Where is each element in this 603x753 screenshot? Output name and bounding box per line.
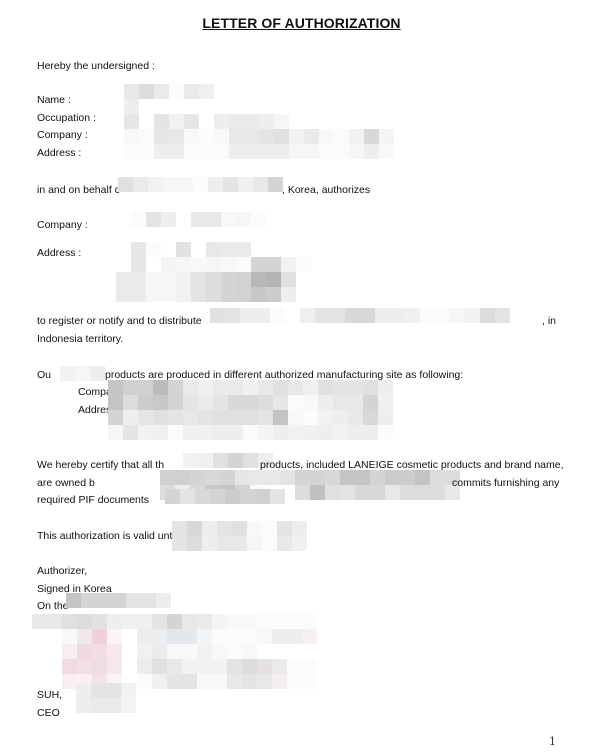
redaction-block — [229, 144, 244, 159]
redaction-block — [385, 470, 400, 485]
redaction-block — [213, 425, 228, 440]
redaction-block — [146, 212, 161, 227]
redaction-block — [47, 674, 62, 689]
redaction-block — [221, 272, 236, 287]
redaction-block — [348, 410, 363, 425]
redaction-block — [302, 614, 317, 629]
redaction-block — [167, 629, 182, 644]
redaction-block — [139, 129, 154, 144]
redaction-block — [229, 129, 244, 144]
redaction-block — [214, 129, 229, 144]
redaction-block — [355, 470, 370, 485]
redaction-block — [138, 410, 153, 425]
redaction-block — [108, 395, 123, 410]
redaction-block — [47, 629, 62, 644]
redaction-block — [193, 177, 208, 192]
redaction-block — [169, 99, 184, 114]
redaction-block — [274, 99, 289, 114]
redaction-block — [280, 470, 295, 485]
redaction-block — [47, 614, 62, 629]
redaction-block — [375, 308, 390, 323]
redaction-block — [66, 593, 81, 608]
redaction-block — [319, 144, 334, 159]
redaction-block — [184, 99, 199, 114]
redaction-block — [138, 395, 153, 410]
redaction-block — [176, 212, 191, 227]
redaction-block — [242, 644, 257, 659]
redaction-block — [137, 629, 152, 644]
redaction-block — [92, 629, 107, 644]
redaction-block — [274, 84, 289, 99]
redaction-block — [430, 470, 445, 485]
redaction-block — [258, 395, 273, 410]
redaction-block — [197, 629, 212, 644]
redaction-block — [310, 470, 325, 485]
redaction-block — [270, 308, 285, 323]
redaction-block — [303, 395, 318, 410]
redaction-block — [243, 410, 258, 425]
redaction-block — [182, 629, 197, 644]
redaction-block — [131, 287, 146, 302]
redaction-block — [146, 257, 161, 272]
redaction-block — [243, 395, 258, 410]
redaction-block — [251, 257, 266, 272]
redaction-block — [221, 257, 236, 272]
redaction-block — [108, 380, 123, 395]
redaction-block — [251, 287, 266, 302]
redaction-block — [182, 674, 197, 689]
redaction-block — [287, 659, 302, 674]
redaction-block — [47, 659, 62, 674]
redaction-block — [310, 485, 325, 500]
redacted-products — [210, 308, 510, 323]
redaction-block — [227, 674, 242, 689]
redaction-block — [272, 659, 287, 674]
redaction-block — [364, 99, 379, 114]
redaction-block — [349, 84, 364, 99]
redaction-block — [122, 659, 137, 674]
redaction-block — [296, 242, 311, 257]
redaction-block — [141, 593, 156, 608]
authorizer-label: Authorizer, — [37, 565, 87, 578]
redaction-block — [182, 614, 197, 629]
redaction-block — [228, 380, 243, 395]
redaction-block — [318, 380, 333, 395]
redaction-block — [137, 614, 152, 629]
redaction-block — [161, 227, 176, 242]
redaction-block — [168, 380, 183, 395]
redaction-block — [131, 227, 146, 242]
redaction-block — [255, 489, 270, 504]
redaction-block — [198, 380, 213, 395]
redaction-block — [272, 674, 287, 689]
redaction-block — [289, 129, 304, 144]
redaction-block — [223, 177, 238, 192]
redaction-block — [198, 453, 213, 468]
redaction-block — [304, 84, 319, 99]
redaction-block — [77, 644, 92, 659]
redaction-block — [363, 380, 378, 395]
redaction-block — [154, 99, 169, 114]
redaction-block — [214, 99, 229, 114]
certify-line3-prefix: required PIF documents — [37, 494, 149, 507]
redaction-block — [214, 114, 229, 129]
redaction-block — [198, 410, 213, 425]
redaction-block — [296, 227, 311, 242]
redaction-block — [81, 593, 96, 608]
redaction-block — [266, 257, 281, 272]
redaction-block — [289, 84, 304, 99]
redaction-block — [495, 308, 510, 323]
redaction-block — [62, 644, 77, 659]
redaction-block — [154, 144, 169, 159]
redaction-block — [123, 425, 138, 440]
redaction-block — [295, 485, 310, 500]
redaction-block — [168, 425, 183, 440]
redaction-block — [363, 425, 378, 440]
redaction-block — [277, 521, 292, 536]
redaction-block — [228, 425, 243, 440]
redaction-block — [303, 425, 318, 440]
redaction-block — [124, 114, 139, 129]
redaction-block — [349, 99, 364, 114]
redaction-block — [225, 489, 240, 504]
redaction-block — [287, 629, 302, 644]
redaction-block — [370, 485, 385, 500]
redaction-block — [116, 287, 131, 302]
redaction-block — [169, 144, 184, 159]
redaction-block — [319, 114, 334, 129]
redaction-block — [257, 659, 272, 674]
redaction-block — [325, 485, 340, 500]
redaction-block — [154, 84, 169, 99]
redaction-block — [184, 84, 199, 99]
redaction-block — [152, 674, 167, 689]
redaction-block — [319, 84, 334, 99]
redaction-block — [156, 593, 171, 608]
redaction-block — [206, 227, 221, 242]
redaction-block — [244, 99, 259, 114]
redaction-block — [184, 129, 199, 144]
redaction-block — [122, 644, 137, 659]
redaction-block — [202, 521, 217, 536]
redaction-block — [197, 644, 212, 659]
redaction-block — [176, 272, 191, 287]
redaction-block — [302, 674, 317, 689]
redaction-block — [405, 308, 420, 323]
redaction-block — [287, 614, 302, 629]
redaction-block — [76, 698, 91, 713]
redaction-block — [303, 380, 318, 395]
redaction-block — [370, 470, 385, 485]
redaction-block — [242, 629, 257, 644]
redaction-block — [138, 380, 153, 395]
redaction-block — [334, 99, 349, 114]
redaction-block — [169, 129, 184, 144]
intro-text: Hereby the undersigned : — [37, 60, 155, 73]
redaction-block — [220, 470, 235, 485]
redaction-block — [191, 242, 206, 257]
redaction-block — [345, 308, 360, 323]
redaction-block — [236, 272, 251, 287]
redaction-block — [229, 84, 244, 99]
redacted-signer-name — [76, 683, 136, 713]
redaction-block — [77, 629, 92, 644]
label-address: Address : — [37, 147, 81, 160]
redaction-block — [32, 614, 47, 629]
redaction-block — [240, 489, 255, 504]
redaction-block — [123, 380, 138, 395]
redaction-block — [232, 536, 247, 551]
redaction-block — [318, 425, 333, 440]
behalf-suffix: , Korea, authorizes — [282, 184, 370, 197]
redacted-certify-line3 — [165, 489, 285, 504]
redaction-block — [107, 629, 122, 644]
redaction-block — [205, 470, 220, 485]
redaction-block — [139, 99, 154, 114]
redaction-block — [273, 395, 288, 410]
redaction-block — [258, 410, 273, 425]
redaction-block — [227, 644, 242, 659]
redaction-block — [325, 470, 340, 485]
redaction-block — [340, 470, 355, 485]
redacted-brand — [60, 366, 105, 381]
redaction-block — [91, 698, 106, 713]
redaction-block — [121, 698, 136, 713]
redaction-block — [378, 380, 393, 395]
redaction-block — [213, 453, 228, 468]
redaction-block — [242, 674, 257, 689]
signer-name-prefix: SUH, — [37, 689, 62, 702]
redaction-block — [191, 212, 206, 227]
redaction-block — [118, 177, 133, 192]
redaction-block — [168, 410, 183, 425]
certify-line2-prefix: are owned b — [37, 477, 95, 490]
redaction-block — [161, 272, 176, 287]
redaction-block — [318, 395, 333, 410]
redaction-block — [274, 114, 289, 129]
redaction-block — [288, 380, 303, 395]
certify-line1-prefix: We hereby certify that all th — [37, 459, 164, 472]
redacted-authorized-party — [116, 212, 326, 302]
redaction-block — [465, 308, 480, 323]
redaction-block — [107, 614, 122, 629]
redaction-block — [32, 629, 47, 644]
redaction-block — [348, 395, 363, 410]
redaction-block — [292, 536, 307, 551]
redaction-block — [206, 272, 221, 287]
redaction-block — [75, 366, 90, 381]
redaction-block — [148, 177, 163, 192]
redaction-block — [123, 410, 138, 425]
redaction-block — [131, 212, 146, 227]
redaction-block — [295, 470, 310, 485]
redaction-block — [228, 410, 243, 425]
redaction-block — [116, 212, 131, 227]
redaction-block — [133, 177, 148, 192]
redaction-block — [250, 470, 265, 485]
redaction-block — [430, 485, 445, 500]
redaction-block — [334, 84, 349, 99]
redaction-block — [415, 485, 430, 500]
signer-title: CEO — [37, 707, 60, 720]
redaction-block — [123, 395, 138, 410]
redaction-block — [303, 410, 318, 425]
redaction-block — [228, 453, 243, 468]
redaction-block — [199, 114, 214, 129]
redaction-block — [281, 212, 296, 227]
redaction-block — [182, 659, 197, 674]
redaction-block — [184, 144, 199, 159]
redaction-block — [334, 144, 349, 159]
redaction-block — [274, 144, 289, 159]
redaction-block — [184, 114, 199, 129]
redaction-block — [236, 257, 251, 272]
redaction-block — [292, 521, 307, 536]
redaction-block — [415, 470, 430, 485]
redaction-block — [161, 257, 176, 272]
redaction-block — [92, 614, 107, 629]
redacted-undersigned — [124, 84, 394, 159]
redaction-block — [300, 308, 315, 323]
redaction-block — [236, 227, 251, 242]
redaction-block — [206, 257, 221, 272]
register-prefix: to register or notify and to distribute — [37, 315, 202, 328]
redaction-block — [212, 614, 227, 629]
redaction-block — [257, 629, 272, 644]
redaction-block — [131, 272, 146, 287]
redaction-block — [60, 366, 75, 381]
redaction-block — [167, 659, 182, 674]
redaction-block — [364, 144, 379, 159]
redaction-block — [296, 257, 311, 272]
redaction-block — [199, 129, 214, 144]
redaction-block — [266, 272, 281, 287]
redacted-signature — [32, 614, 317, 689]
label-name: Name : — [37, 94, 71, 107]
redaction-block — [378, 425, 393, 440]
redaction-block — [228, 395, 243, 410]
redaction-block — [349, 144, 364, 159]
redaction-block — [221, 242, 236, 257]
redaction-block — [202, 536, 217, 551]
redaction-block — [266, 287, 281, 302]
register-line2: Indonesia territory. — [37, 333, 123, 346]
redaction-block — [111, 593, 126, 608]
redaction-block — [137, 674, 152, 689]
redaction-block — [160, 470, 175, 485]
redaction-block — [76, 683, 91, 698]
redaction-block — [124, 99, 139, 114]
redaction-block — [272, 644, 287, 659]
redaction-block — [183, 395, 198, 410]
redaction-block — [154, 129, 169, 144]
label-site-company: Compa — [78, 386, 112, 399]
redaction-block — [108, 425, 123, 440]
redaction-block — [124, 144, 139, 159]
redaction-block — [108, 410, 123, 425]
redaction-block — [183, 453, 198, 468]
certify-line2-suffix: commits furnishing any — [452, 477, 559, 490]
redaction-block — [195, 489, 210, 504]
redaction-block — [199, 99, 214, 114]
redaction-block — [187, 536, 202, 551]
redaction-block — [285, 308, 300, 323]
document-title: LETTER OF AUTHORIZATION — [0, 15, 603, 31]
redacted-validity-date — [172, 521, 307, 551]
redaction-block — [296, 272, 311, 287]
redaction-block — [379, 129, 394, 144]
redaction-block — [225, 308, 240, 323]
redaction-block — [349, 129, 364, 144]
label-company: Company : — [37, 129, 88, 142]
redaction-block — [287, 644, 302, 659]
redaction-block — [242, 614, 257, 629]
redaction-block — [364, 84, 379, 99]
redaction-block — [161, 287, 176, 302]
redaction-block — [77, 659, 92, 674]
redaction-block — [262, 521, 277, 536]
page-number: 1 — [549, 735, 556, 748]
redaction-block — [259, 84, 274, 99]
redaction-block — [116, 272, 131, 287]
redaction-block — [176, 257, 191, 272]
redaction-block — [227, 629, 242, 644]
redaction-block — [435, 308, 450, 323]
redaction-block — [191, 287, 206, 302]
redaction-block — [217, 521, 232, 536]
redaction-block — [251, 212, 266, 227]
redaction-block — [167, 644, 182, 659]
redaction-block — [92, 659, 107, 674]
redaction-block — [304, 114, 319, 129]
redaction-block — [212, 674, 227, 689]
redaction-block — [333, 395, 348, 410]
redaction-block — [153, 380, 168, 395]
redacted-manufacturing-site — [108, 380, 393, 440]
redaction-block — [253, 177, 268, 192]
redaction-block — [244, 144, 259, 159]
redaction-block — [116, 242, 131, 257]
redaction-block — [363, 410, 378, 425]
redaction-block — [183, 380, 198, 395]
redaction-block — [208, 177, 223, 192]
redaction-block — [304, 129, 319, 144]
redaction-block — [172, 536, 187, 551]
redaction-block — [137, 659, 152, 674]
redaction-block — [274, 129, 289, 144]
redaction-block — [319, 129, 334, 144]
redaction-block — [210, 308, 225, 323]
redacted-behalf-company — [118, 177, 283, 192]
redaction-block — [213, 410, 228, 425]
redaction-block — [163, 177, 178, 192]
manufacturing-prefix: Ou — [37, 369, 51, 382]
redaction-block — [247, 521, 262, 536]
redaction-block — [236, 287, 251, 302]
redaction-block — [311, 227, 326, 242]
redaction-block — [214, 84, 229, 99]
redaction-block — [258, 380, 273, 395]
redaction-block — [152, 644, 167, 659]
redaction-block — [96, 593, 111, 608]
redaction-block — [378, 410, 393, 425]
redaction-block — [227, 659, 242, 674]
redaction-block — [91, 683, 106, 698]
redaction-block — [311, 272, 326, 287]
redaction-block — [229, 99, 244, 114]
redaction-block — [334, 129, 349, 144]
